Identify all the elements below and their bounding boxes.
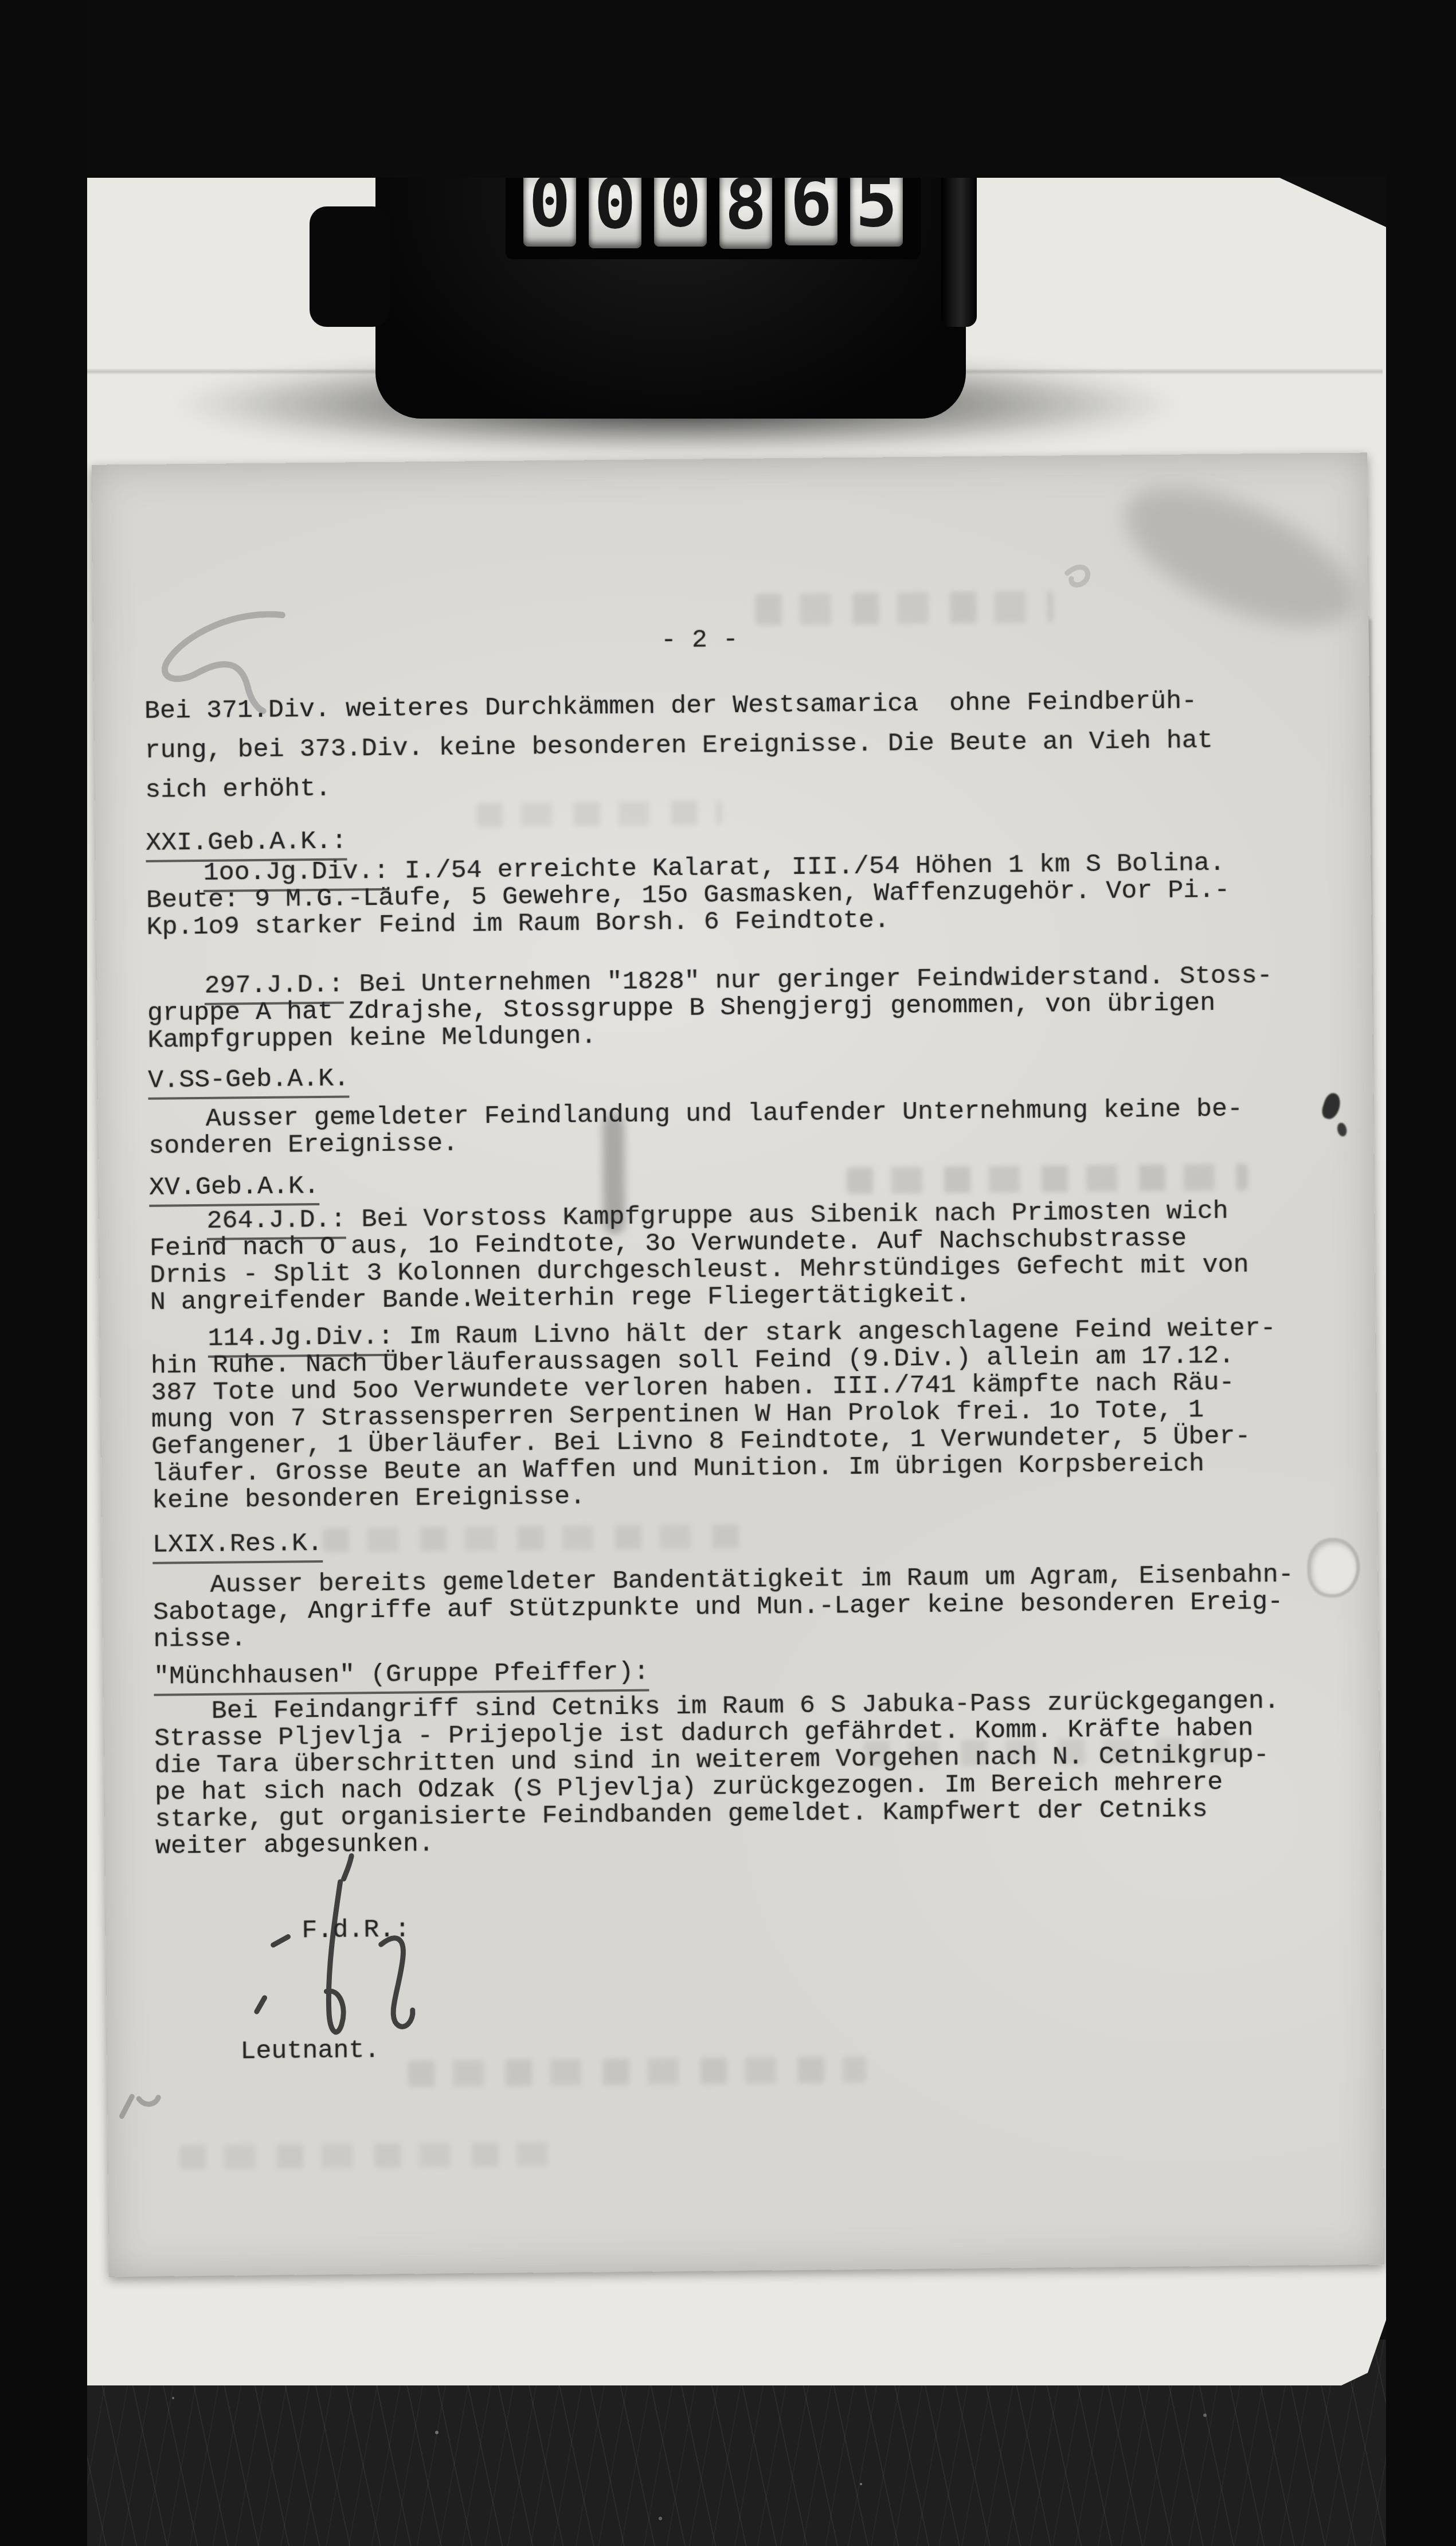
section-heading: V.SS-Geb.A.K.: [148, 1064, 350, 1095]
paragraph: 297.J.D.: Bei Unternehmen "1828" nur ger…: [147, 962, 1273, 1054]
film-border-left: [0, 0, 87, 2546]
film-border-top: [0, 0, 1456, 178]
paragraph: Bei 371.Div. weiteres Durchkämmen der We…: [144, 681, 1214, 810]
document-text: - 2 - F.d.R.: Leutnant. Bei 371.Div. wei…: [92, 452, 1384, 2276]
paragraph: Ausser bereits gemeldeter Bandentätigkei…: [152, 1561, 1294, 1653]
page-number: - 2 -: [62, 619, 1337, 661]
microfilm-frame: - 2 - F.d.R.: Leutnant. Bei 371.Div. wei…: [0, 0, 1456, 2546]
paragraph: 264.J.D.: Bei Vorstoss Kampfgruppe aus S…: [149, 1197, 1249, 1315]
section-heading-label: LXIX.Res.K.: [152, 1529, 323, 1564]
device-arm: [310, 206, 390, 327]
section-heading: XXI.Geb.A.K.:: [146, 827, 347, 858]
paragraph: 114.Jg.Div.: Im Raum Livno hält der star…: [150, 1315, 1277, 1514]
paragraph: Bei Feindangriff sind Cetniks im Raum 6 …: [154, 1688, 1281, 1860]
paragraph: 1oo.Jg.Div.: I./54 erreichte Kalarat, II…: [146, 850, 1231, 941]
section-heading-label: "Münchhausen" (Gruppe Pfeiffer):: [154, 1658, 649, 1696]
document-page: - 2 - F.d.R.: Leutnant. Bei 371.Div. wei…: [92, 452, 1384, 2276]
section-heading: "Münchhausen" (Gruppe Pfeiffer):: [154, 1658, 649, 1692]
section-heading: LXIX.Res.K.: [152, 1529, 323, 1560]
section-heading-label: XV.Geb.A.K.: [149, 1172, 320, 1207]
section-heading-label: V.SS-Geb.A.K.: [148, 1064, 350, 1099]
signature-rank-label: Leutnant.: [240, 2036, 380, 2066]
film-border-right: [1386, 0, 1456, 2546]
paragraph: Ausser gemeldeter Feindlandung und laufe…: [148, 1096, 1243, 1160]
section-heading: XV.Geb.A.K.: [149, 1172, 320, 1202]
signature-certify-label: F.d.R.:: [302, 1915, 410, 1946]
